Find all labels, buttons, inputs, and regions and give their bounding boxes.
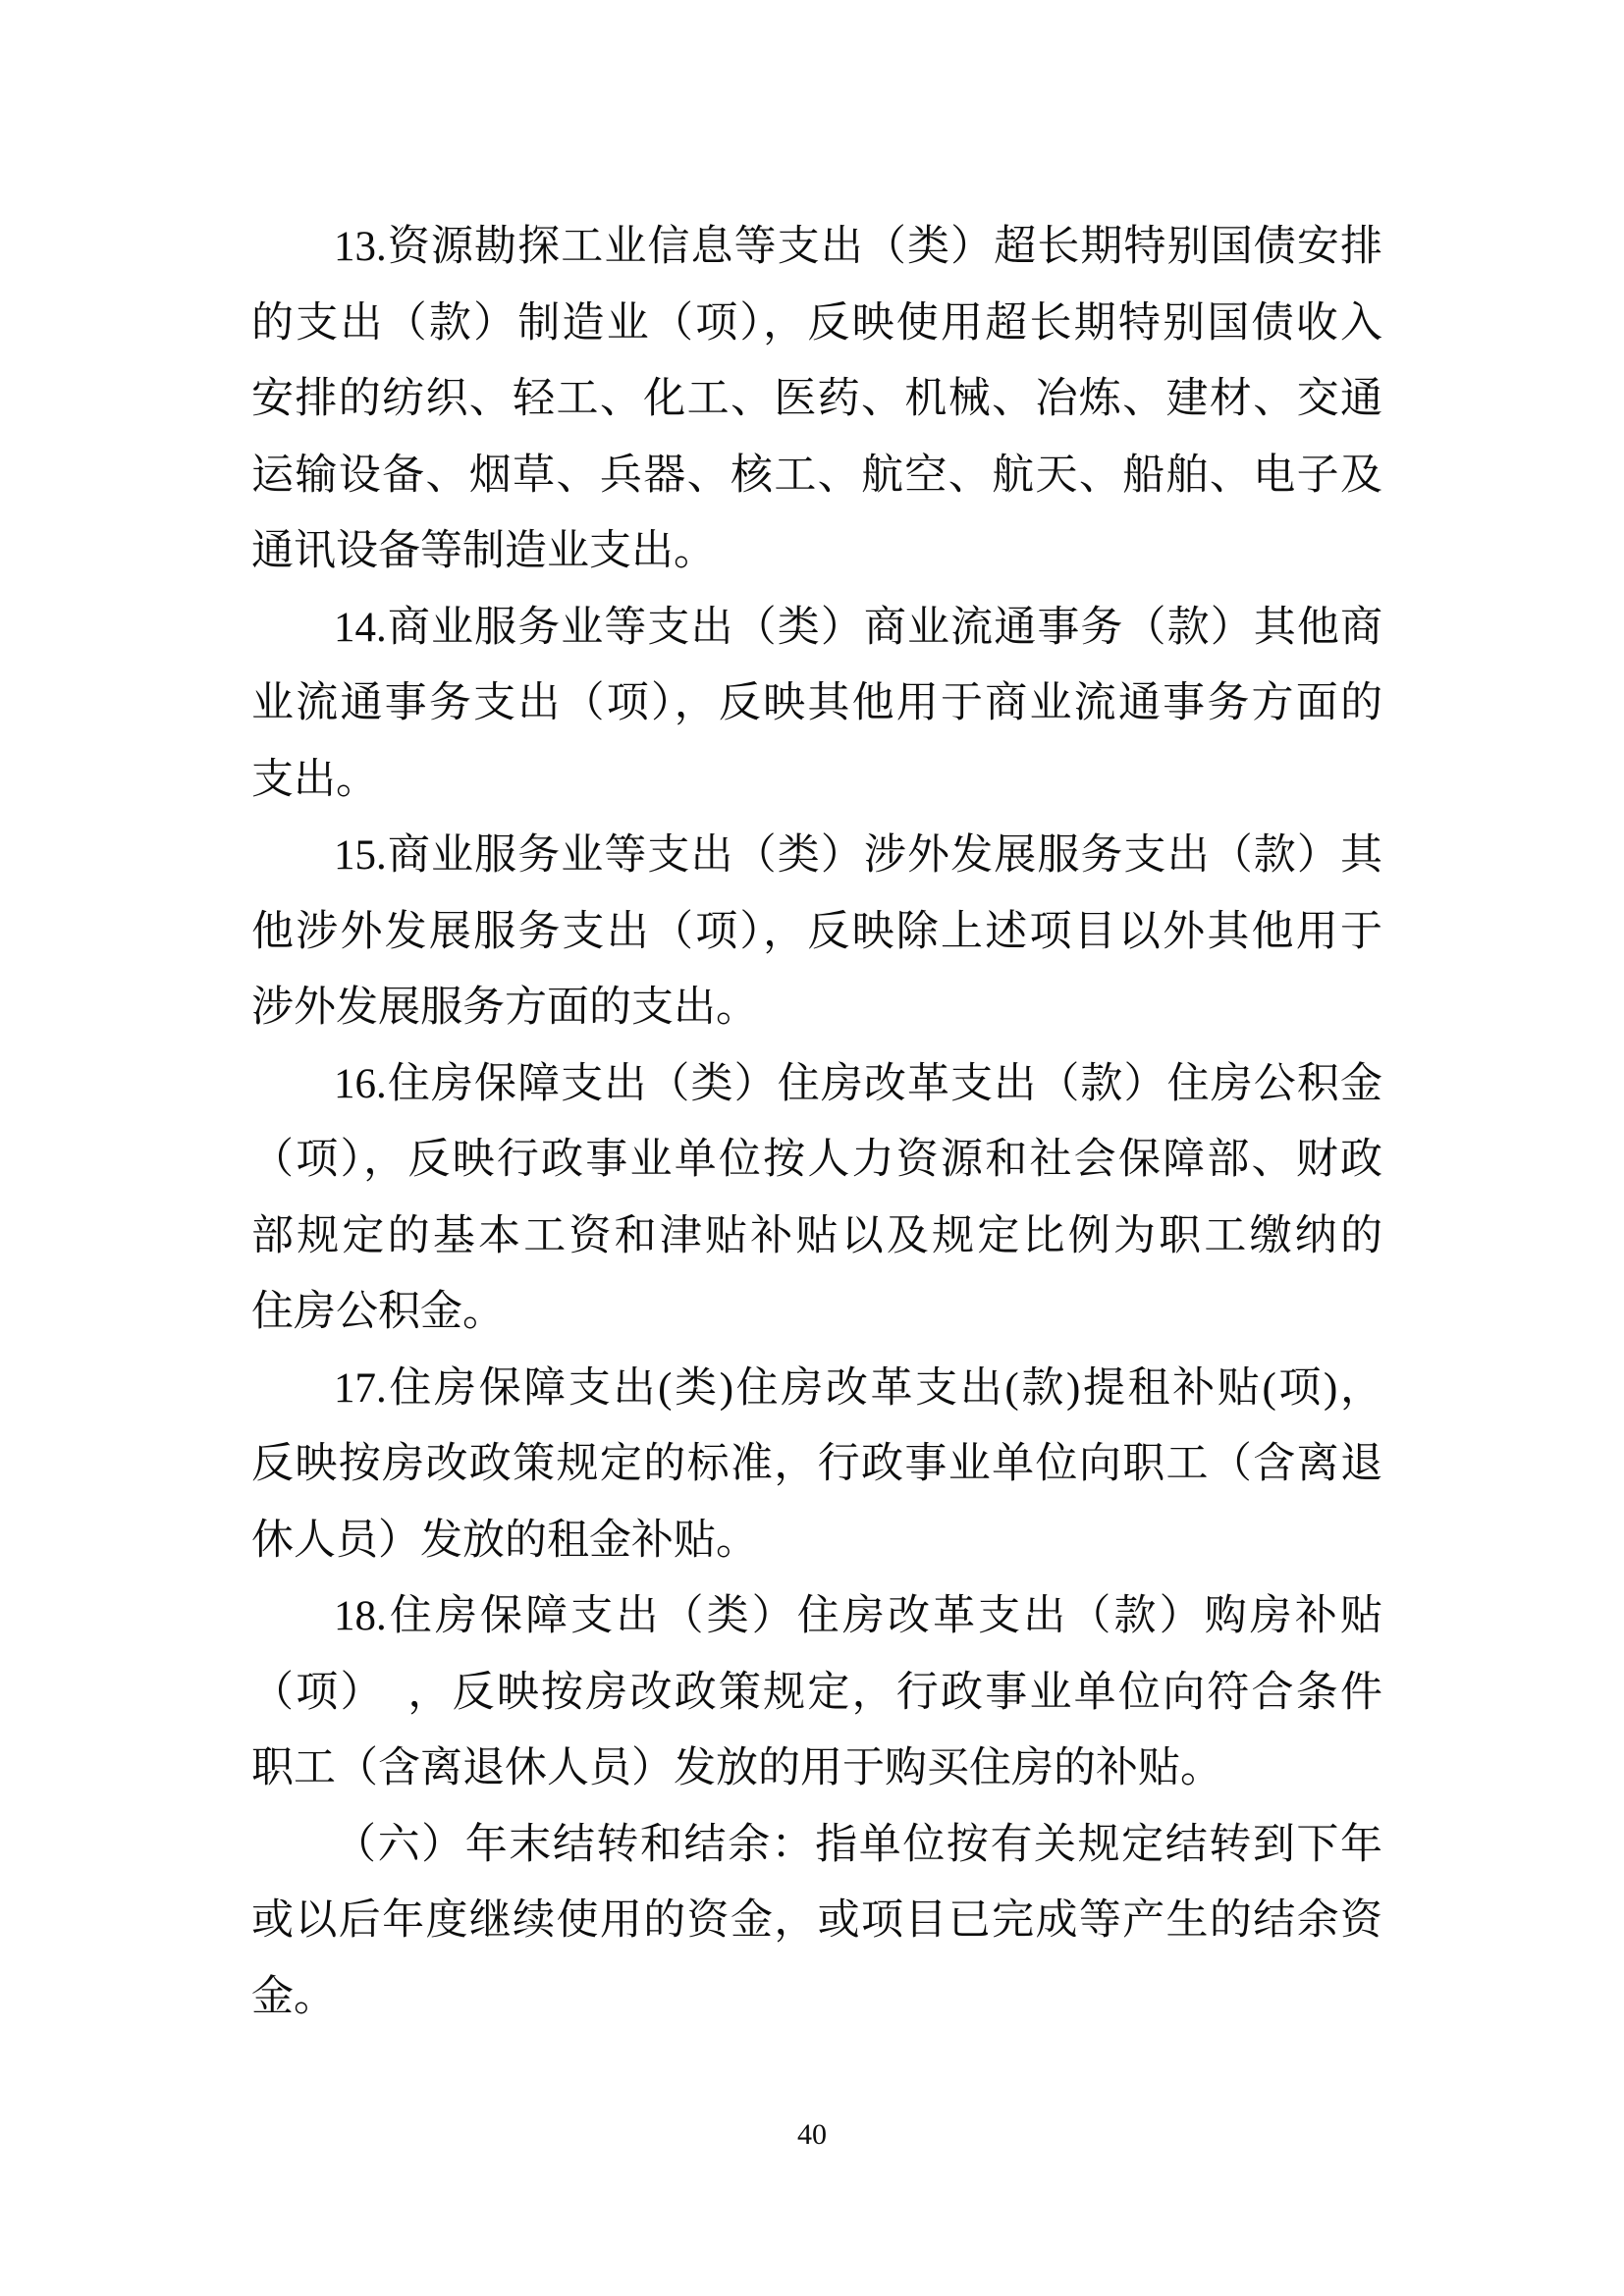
text-line: 职工（含离退休人员）发放的用于购买住房的补贴。 (251, 1731, 1382, 1807)
paragraph-item-17: 17.住房保障支出(类)住房改革支出(款)提租补贴(项)，反映按房改政策规定的标… (251, 1351, 1382, 1579)
text-line: 或以后年度继续使用的资金，或项目已完成等产生的结余资 (251, 1883, 1382, 1959)
text-line: 反映按房改政策规定的标准，行政事业单位向职工（含离退 (251, 1426, 1382, 1503)
text-line: 的支出（款）制造业（项），反映使用超长期特别国债收入 (251, 286, 1382, 362)
text-line: 住房公积金。 (251, 1274, 1382, 1351)
text-line: 13.资源勘探工业信息等支出（类）超长期特别国债安排 (251, 209, 1382, 286)
paragraph-item-16: 16.住房保障支出（类）住房改革支出（款）住房公积金（项），反映行政事业单位按人… (251, 1046, 1382, 1351)
paragraph-item-15: 15.商业服务业等支出（类）涉外发展服务支出（款）其他涉外发展服务支出（项），反… (251, 818, 1382, 1046)
text-line: 休人员）发放的租金补贴。 (251, 1503, 1382, 1579)
text-block: 13.资源勘探工业信息等支出（类）超长期特别国债安排的支出（款）制造业（项），反… (251, 209, 1382, 2035)
text-line: 安排的纺织、轻工、化工、医药、机械、冶炼、建材、交通 (251, 361, 1382, 438)
text-line: （项），反映行政事业单位按人力资源和社会保障部、财政 (251, 1122, 1382, 1199)
text-line: 通讯设备等制造业支出。 (251, 513, 1382, 590)
paragraph-item-liu: （六）年末结转和结余：指单位按有关规定结转到下年或以后年度继续使用的资金，或项目… (251, 1807, 1382, 2036)
text-line: （项） ，反映按房改政策规定，行政事业单位向符合条件 (251, 1655, 1382, 1732)
text-line: 部规定的基本工资和津贴补贴以及规定比例为职工缴纳的 (251, 1199, 1382, 1275)
text-line: 15.商业服务业等支出（类）涉外发展服务支出（款）其 (251, 818, 1382, 894)
text-line: 支出。 (251, 742, 1382, 819)
text-line: 金。 (251, 1959, 1382, 2036)
paragraph-item-14: 14.商业服务业等支出（类）商业流通事务（款）其他商业流通事务支出（项），反映其… (251, 590, 1382, 819)
paragraph-item-18: 18.住房保障支出（类）住房改革支出（款）购房补贴（项） ，反映按房改政策规定，… (251, 1578, 1382, 1807)
text-line: 17.住房保障支出(类)住房改革支出(款)提租补贴(项)， (251, 1351, 1382, 1427)
page-footer: 40 (0, 2115, 1624, 2155)
paragraph-item-13: 13.资源勘探工业信息等支出（类）超长期特别国债安排的支出（款）制造业（项），反… (251, 209, 1382, 590)
text-line: 他涉外发展服务支出（项），反映除上述项目以外其他用于 (251, 894, 1382, 971)
text-line: 16.住房保障支出（类）住房改革支出（款）住房公积金 (251, 1046, 1382, 1123)
text-line: 18.住房保障支出（类）住房改革支出（款）购房补贴 (251, 1578, 1382, 1655)
text-line: 运输设备、烟草、兵器、核工、航空、航天、船舶、电子及 (251, 438, 1382, 514)
document-page: 13.资源勘探工业信息等支出（类）超长期特别国债安排的支出（款）制造业（项），反… (0, 0, 1624, 2296)
text-line: 涉外发展服务方面的支出。 (251, 970, 1382, 1046)
text-line: 14.商业服务业等支出（类）商业流通事务（款）其他商 (251, 590, 1382, 667)
text-line: 业流通事务支出（项），反映其他用于商业流通事务方面的 (251, 666, 1382, 742)
page-number: 40 (797, 2118, 827, 2151)
text-line: （六）年末结转和结余：指单位按有关规定结转到下年 (251, 1807, 1382, 1884)
